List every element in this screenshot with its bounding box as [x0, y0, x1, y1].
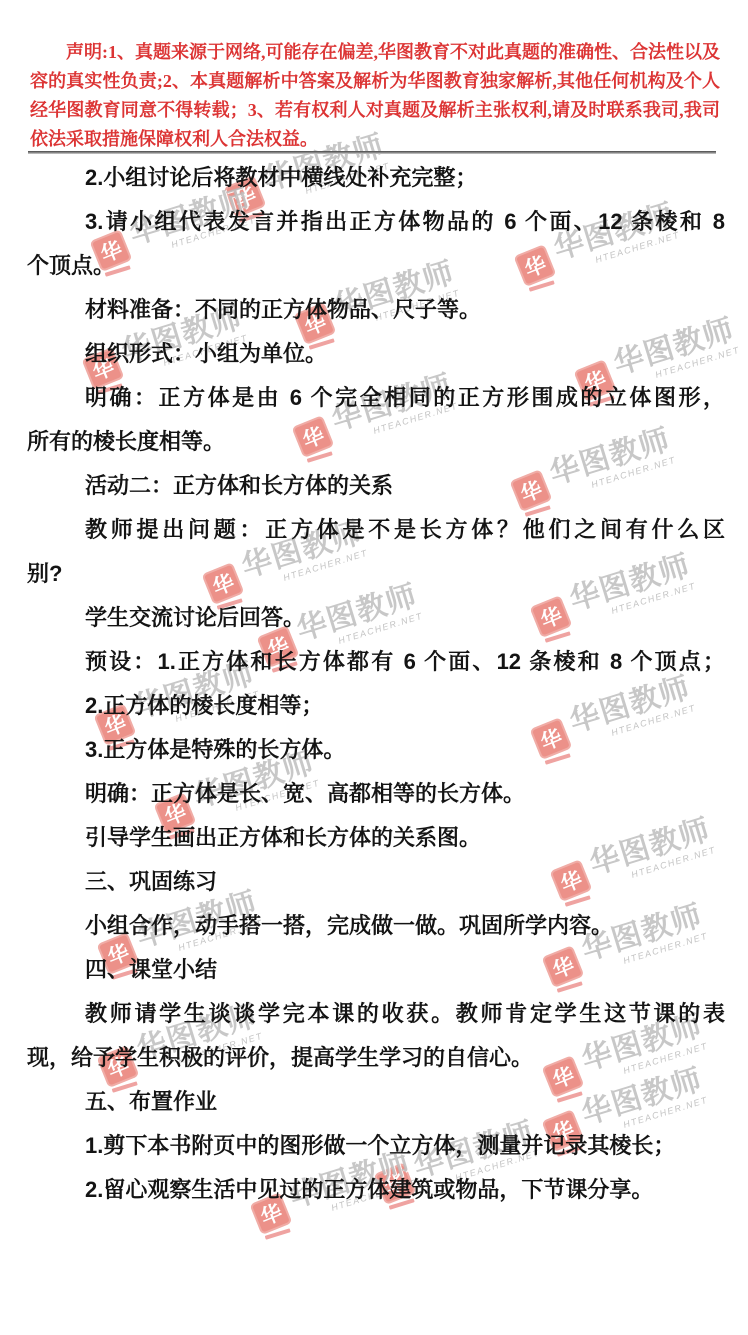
- doc-line: 个顶点。: [27, 244, 725, 288]
- doc-line: 3.正方体是特殊的长方体。: [27, 728, 725, 772]
- doc-line: 2.小组讨论后将教材中横线处补充完整；: [27, 156, 725, 200]
- doc-line: 2.留心观察生活中见过的正方体建筑或物品，下节课分享。: [27, 1168, 725, 1212]
- doc-line: 3.请小组代表发言并指出正方体物品的 6 个面、12 条棱和 8: [27, 200, 725, 244]
- doc-line: 活动二：正方体和长方体的关系: [27, 464, 725, 508]
- doc-line: 明确：正方体是由 6 个完全相同的正方形围成的立体图形，: [27, 376, 725, 420]
- section-heading: 三、巩固练习: [27, 860, 725, 904]
- doc-line: 教师请学生谈谈学完本课的收获。教师肯定学生这节课的表: [27, 992, 725, 1036]
- doc-line: 材料准备：不同的正方体物品、尺子等。: [27, 288, 725, 332]
- document-body: 2.小组讨论后将教材中横线处补充完整； 3.请小组代表发言并指出正方体物品的 6…: [27, 156, 725, 1212]
- doc-line: 组织形式：小组为单位。: [27, 332, 725, 376]
- disclaimer-label: 声明:: [66, 42, 108, 62]
- section-heading: 五、布置作业: [27, 1080, 725, 1124]
- doc-line: 小组合作，动手搭一搭，完成做一做。巩固所学内容。: [27, 904, 725, 948]
- disclaimer: 声明:1、真题来源于网络,可能存在偏差,华图教育不对此真题的准确性、合法性以及内…: [30, 38, 720, 154]
- disclaimer-line: 声明:1、真题来源于网络,可能存在偏差,华图教育不对此真题的准确性、合法性以及内: [30, 38, 720, 67]
- doc-line: 教师提出问题：正方体是不是长方体？他们之间有什么区: [27, 508, 725, 552]
- doc-line: 别?: [27, 552, 725, 596]
- doc-line: 引导学生画出正方体和长方体的关系图。: [27, 816, 725, 860]
- doc-line: 2.正方体的棱长度相等；: [27, 684, 725, 728]
- doc-line: 学生交流讨论后回答。: [27, 596, 725, 640]
- divider-rule: [28, 151, 716, 154]
- doc-line: 1.剪下本书附页中的图形做一个立方体，测量并记录其棱长；: [27, 1124, 725, 1168]
- disclaimer-line: 经华图教育同意不得转载；3、若有权利人对真题及解析主张权利,请及时联系我司,我司…: [30, 96, 720, 125]
- doc-line: 现，给予学生积极的评价，提高学生学习的自信心。: [27, 1036, 725, 1080]
- document-page: 华 华图教师 HTEACHER.NET 华 华图教师 HTEACHER.NET …: [0, 0, 748, 1335]
- huatu-logo-subtext: [264, 1228, 290, 1239]
- section-heading: 四、课堂小结: [27, 948, 725, 992]
- disclaimer-line: 依法采取措施保障权利人合法权益。: [30, 125, 720, 154]
- doc-line: 所有的棱长度相等。: [27, 420, 725, 464]
- disclaimer-line: 容的真实性负责;2、本真题解析中答案及解析为华图教育独家解析,其他任何机构及个人…: [30, 67, 720, 96]
- doc-line: 明确：正方体是长、宽、高都相等的长方体。: [27, 772, 725, 816]
- doc-line: 预设：1.正方体和长方体都有 6 个面、12 条棱和 8 个顶点；: [27, 640, 725, 684]
